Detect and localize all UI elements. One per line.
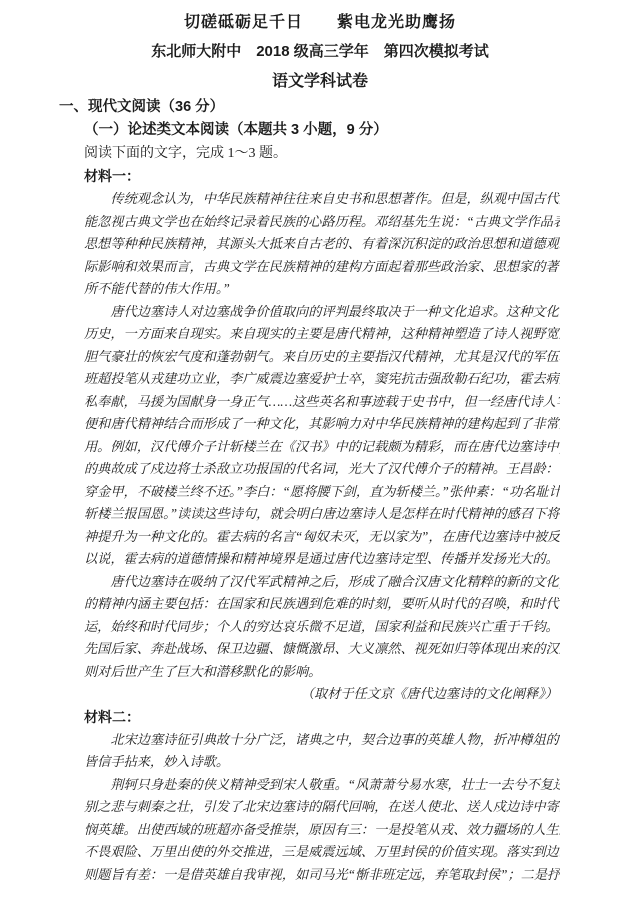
material-2-label: 材料二： [84,706,560,729]
exam-paper-title: 语文学科试卷 [0,68,640,96]
material-paragraph: 荆轲只身赴秦的侠义精神受到宋人敬重。“风萧萧兮易水寒，壮士一去兮不复还”兼有送别… [84,774,560,887]
text-line: 皆信手拈来，妙入诗歌。 [84,751,560,774]
material-1-body: 传统观念认为，中华民族精神往往来自史书和思想著作。但是，纵观中国古代文化，我们不… [84,188,560,886]
text-line: 历史，一方面来自现实。来自现实的主要是唐代精神，这种精神塑造了诗人视野宽广、胸怀… [84,323,560,346]
text-line: 胆气豪壮的恢宏气度和蓬勃朝气。来自历史的主要指汉代精神，尤其是汉代的军伍精神，例… [84,346,560,369]
text-line: 运，始终和时代同步；个人的穷达哀乐微不足道，国家利益和民族兴亡重于千钧。诸如投笔… [84,616,560,639]
material-2-paragraphs: 北宋边塞诗征引典故十分广泛，诸典之中，契合边事的英雄人物，折冲樽俎的制敌方略，皆… [84,729,560,887]
text-line: 悯英雄。出使西域的班超亦备受推崇，原因有三：一是投笔从戎、效力疆场的人生选择，二… [84,819,560,842]
reading-instruction: 阅读下面的文字，完成 1～3 题。 [84,142,640,165]
text-line: 唐代边塞诗人对边塞战争价值取向的评判最终取决于一种文化追求。这种文化一方面来自 [84,301,560,324]
material-paragraph: 传统观念认为，中华民族精神往往来自史书和思想著作。但是，纵观中国古代文化，我们不… [84,188,560,301]
exam-paper-page: 切磋砥砺足千日 紫电龙光助鹰扬 东北师大附中 2018 级高三学年 第四次模拟考… [0,0,640,905]
text-line: 传统观念认为，中华民族精神往往来自史书和思想著作。但是，纵观中国古代文化，我们不 [84,188,560,211]
text-line: 的精神内涵主要包括：在国家和民族遇到危难的时刻，要听从时代的召唤，和时代同呼吸、… [84,593,560,616]
text-line: 神提升为一种文化的。霍去病的名言“匈奴未灭，无以家为”，在唐代边塞诗中被反复高唱… [84,526,560,549]
material-1-paragraphs: 传统观念认为，中华民族精神往往来自史书和思想著作。但是，纵观中国古代文化，我们不… [84,188,560,683]
text-line: 私奉献，马援为国献身一身正气……这些英名和事迹载于史书中，但一经唐代诗人写进诗歌… [84,391,560,414]
text-line: 以说，霍去病的道德情操和精神境界是通过唐代边塞诗定型、传播并发扬光大的。 [84,548,560,571]
text-line: 先国后家、奔赴战场、保卫边疆、慷慨激昂、大义凛然、视死如归等体现出来的汉唐文化精… [84,638,560,661]
text-line: 别之悲与刺秦之壮，引发了北宋边塞诗的隔代回响，在送人使北、送人戍边诗中寄托慷慨，… [84,796,560,819]
text-line: 则对后世产生了巨大和潜移默化的影响。 [84,661,560,684]
material-paragraph: 唐代边塞诗人对边塞战争价值取向的评判最终取决于一种文化追求。这种文化一方面来自历… [84,301,560,571]
text-line: 穿金甲，不破楼兰终不还。”李白：“愿将腰下剑，直为斩楼兰。”张仲素：“功名耻计擒… [84,481,560,504]
text-line: 思想等种种民族精神，其源头大抵来自古老的、有着深沉积淀的政治思想和道德观念。但就… [84,233,560,256]
material-paragraph: 北宋边塞诗征引典故十分广泛，诸典之中，契合边事的英雄人物，折冲樽俎的制敌方略，皆… [84,729,560,774]
text-line: 班超投笔从戎建功立业，李广威震边塞爱护士卒，窦宪抗击强敌勒石纪功，霍去病先国后家… [84,368,560,391]
text-line: 北宋边塞诗征引典故十分广泛，诸典之中，契合边事的英雄人物，折冲樽俎的制敌方略， [84,729,560,752]
material-paragraph: 唐代边塞诗在吸纳了汉代军武精神之后，形成了融合汉唐文化精粹的新的文化，这种文化的… [84,571,560,684]
text-line: 荆轲只身赴秦的侠义精神受到宋人敬重。“风萧萧兮易水寒，壮士一去兮不复还”兼有送 [84,774,560,797]
page-header: 切磋砥砺足千日 紫电龙光助鹰扬 东北师大附中 2018 级高三学年 第四次模拟考… [0,0,640,96]
text-line: 不畏艰险、万里出使的外交推进，三是威震远域、万里封侯的价值实现。落实到边塞诗创作… [84,841,560,864]
exam-motto: 切磋砥砺足千日 紫电龙光助鹰扬 [0,10,640,36]
text-line: 唐代边塞诗在吸纳了汉代军武精神之后，形成了融合汉唐文化精粹的新的文化，这种文化 [84,571,560,594]
material-1-attribution: （取材于任文京《唐代边塞诗的文化阐释》） [84,683,560,706]
text-line: 斩楼兰报国恩。”读读这些诗句，就会明白唐边塞诗人是怎样在时代精神的感召下将汉代军… [84,503,560,526]
text-line: 的典故成了戍边将士杀敌立功报国的代名词，光大了汉代傅介子的精神。王昌龄：“黄沙百… [84,458,560,481]
material-1-label: 材料一： [84,165,640,188]
exam-school-line: 东北师大附中 2018 级高三学年 第四次模拟考试 [0,36,640,68]
text-line: 则题旨有差：一是借英雄自我审视，如司马光“惭非班定远，弃笔取封侯”；二是抒发失意… [84,864,560,887]
subsection-heading: （一）论述类文本阅读（本题共 3 小题，9 分） [84,119,640,142]
text-line: 用。例如，汉代傅介子计斩楼兰在《汉书》中的记载颇为精彩，而在唐代边塞诗中，“计斩… [84,436,560,459]
text-line: 便和唐代精神结合而形成了一种文化，其影响力对中华民族精神的建构起到了非常重要的作 [84,413,560,436]
text-line: 际影响和效果而言，古典文学在民族精神的建构方面起着那些政治家、思想家的著作或言论… [84,256,560,279]
section-heading: 一、现代文阅读（36 分） [59,96,640,119]
text-line: 能忽视古典文学也在始终记录着民族的心路历程。邓绍基先生说：“古典文学作品表现的爱… [84,211,560,234]
text-line: 所不能代替的伟大作用。” [84,278,560,301]
